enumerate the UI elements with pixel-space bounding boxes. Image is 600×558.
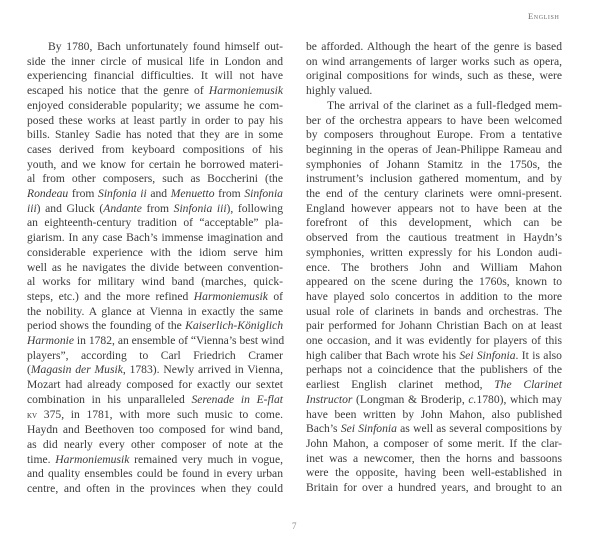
text-line: period shows the founding of the Kaiserl… <box>27 319 283 334</box>
text-line: escaped his notice that the genre of Har… <box>27 84 283 99</box>
text-line: forefront of this development, which can… <box>306 216 562 231</box>
text-line: high caliber that Bach wrote his Sei Sin… <box>306 349 562 364</box>
text-line: Bach’s Sei Sinfonia as well as several c… <box>306 422 562 437</box>
text-line: appeared on the scene during the 1760s, … <box>306 275 562 290</box>
text-line: well as he navigates the divide between … <box>27 261 283 276</box>
text-line: bills. Stanley Sadie has noted that they… <box>27 128 283 143</box>
text-line: perhaps not a coincidence that the publi… <box>306 363 562 378</box>
text-line: combination in his unparalleled Serenade… <box>27 393 283 408</box>
text-line: John Mahon, a composer of some merit. If… <box>306 437 562 452</box>
text-line: symphonies of Johann Stamitz in the 1750… <box>306 158 562 173</box>
text-line: considerable experience with the idiom s… <box>27 246 283 261</box>
text-line: instrument’s inclusion gathered momentum… <box>306 172 562 187</box>
text-line: England however appears not to have been… <box>306 202 562 217</box>
right-column: be afforded. Although the heart of the g… <box>306 40 562 496</box>
text-line: Harmonie in 1782, an ensemble of “Vienna… <box>27 334 283 349</box>
text-line: youth, and we know for certain he borrow… <box>27 158 283 173</box>
running-head: English <box>528 11 559 21</box>
text-line: by composers throughout Europe. From a t… <box>306 128 562 143</box>
left-column: By 1780, Bach unfortunately found himsel… <box>27 40 283 497</box>
text-line: were the opposite, having been well-esta… <box>306 466 562 481</box>
text-line: beginning in the operas of Jean-Philippe… <box>306 143 562 158</box>
text-line: and quality ensembles could be found in … <box>27 467 283 482</box>
text-line: al from other composers, such as Boccher… <box>27 172 283 187</box>
text-line: observed from the cautious treatment in … <box>306 231 562 246</box>
text-line: Instructor (Longman & Broderip, c.1780),… <box>306 393 562 408</box>
text-line: have played solo concertos in addition t… <box>306 290 562 305</box>
text-line: Britain for over a hundred years, and br… <box>306 481 562 496</box>
text-line: Haydn and Beethoven too composed for win… <box>27 423 283 438</box>
text-line: time. Harmoniemusik remained very much i… <box>27 453 283 468</box>
text-line: The arrival of the clarinet as a full-fl… <box>306 99 562 114</box>
text-line: pair performed for Johann Christian Bach… <box>306 319 562 334</box>
text-line: inet was a newcomer, then the horns and … <box>306 452 562 467</box>
text-line: al works for military wind band (marches… <box>27 275 283 290</box>
text-line: experiencing financial difficulties. It … <box>27 69 283 84</box>
text-line: on wind arrangements of larger works suc… <box>306 55 562 70</box>
text-line: an eighteenth-century tradition of “acce… <box>27 216 283 231</box>
text-line: usual role of clarinets in bands and orc… <box>306 305 562 320</box>
text-line: ber of the orchestra appears to have bee… <box>306 114 562 129</box>
text-line: side the inner circle of musical life in… <box>27 55 283 70</box>
text-line: Mozart had already composed for exactly … <box>27 378 283 393</box>
text-line: By 1780, Bach unfortunately found himsel… <box>27 40 283 55</box>
text-line: steps, etc.) and the more refined Harmon… <box>27 290 283 305</box>
text-line: posed these works at least partly in ord… <box>27 114 283 129</box>
text-line: one occasion, and it was evidently for p… <box>306 334 562 349</box>
text-line: as did nearly every other composer of no… <box>27 438 283 453</box>
text-line: kv 375, in 1781, with more such music to… <box>27 408 283 424</box>
text-line: cases derived from keyboard compositions… <box>27 143 283 158</box>
text-line: have been written by John Mahon, also pu… <box>306 408 562 423</box>
text-line: enjoyed considerable popularity; we assu… <box>27 99 283 114</box>
text-line: (Magasin der Musik, 1783). Newly arrived… <box>27 363 283 378</box>
text-line: earliest English clarinet method, The Cl… <box>306 378 562 393</box>
text-line: giarism. In any case Bach’s immense imag… <box>27 231 283 246</box>
text-line: the nobility. A glance at Vienna in exac… <box>27 305 283 320</box>
text-line: players”, according to Carl Friedrich Cr… <box>27 349 283 364</box>
text-line: centre, and often in the provinces when … <box>27 482 283 497</box>
text-line: original compositions for winds, such as… <box>306 69 562 84</box>
text-line: be afforded. Although the heart of the g… <box>306 40 562 55</box>
text-line: ence. The brothers John and William Maho… <box>306 261 562 276</box>
page-number: 7 <box>292 521 297 531</box>
text-line: highly valued. <box>306 84 562 99</box>
text-line: symphonies, written expressly for his Lo… <box>306 246 562 261</box>
text-line: iii) and Gluck (Andante from Sinfonia ii… <box>27 202 283 217</box>
text-line: Rondeau from Sinfonia ii and Menuetto fr… <box>27 187 283 202</box>
text-line: the end of the century clarinets were om… <box>306 187 562 202</box>
